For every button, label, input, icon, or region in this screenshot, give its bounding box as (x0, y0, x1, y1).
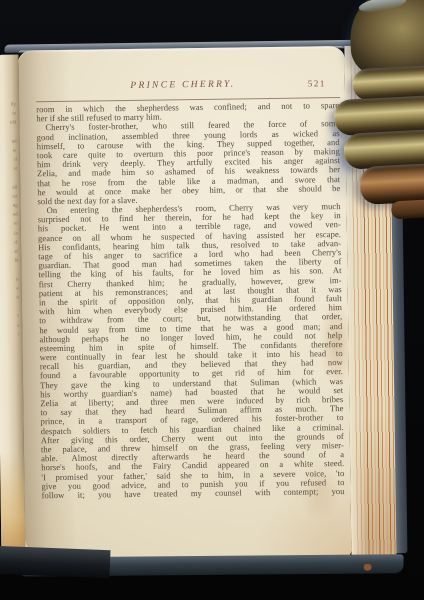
facing-page-text-fragment: in (4, 229, 18, 238)
brass-clasp-foot (391, 199, 424, 220)
facing-page-text-fragment: t (5, 330, 19, 339)
facing-page-text-fragment (4, 266, 18, 275)
facing-page-text-fragment: er (3, 146, 17, 155)
facing-page-text-fragment: all (3, 183, 17, 192)
facing-page-fragments: llytooldnderdstallrstngedtoind.erldnedrs… (2, 101, 19, 340)
text-block: room in which the shepherdess was confin… (36, 101, 344, 500)
page-title: PRINCE CHERRY. (88, 79, 278, 92)
facing-page-text-fragment: er (4, 248, 18, 257)
facing-page-text-fragment: d (5, 293, 19, 302)
facing-page-text-fragment (2, 128, 16, 137)
facing-page-text-fragment: r (5, 312, 19, 321)
facing-page-text-fragment: s (5, 321, 19, 330)
facing-page-text-fragment: to (2, 110, 16, 119)
facing-page-text-fragment: e (5, 284, 19, 293)
facing-page-text-fragment: d (3, 156, 17, 165)
book-photo: llytooldnderdstallrstngedtoind.erldnedrs… (0, 0, 424, 600)
facing-page-text-fragment (3, 174, 17, 183)
brass-clasp (324, 0, 424, 228)
book-page: PRINCE CHERRY. 521 room in which the she… (18, 46, 351, 563)
facing-page-text-fragment: ng (3, 202, 17, 211)
facing-page-text-fragment: nd (3, 137, 17, 146)
facing-page-text-fragment (5, 303, 19, 312)
facing-page-text-fragment: ed (4, 211, 18, 220)
facing-page-text-fragment: rst (3, 192, 17, 201)
facing-page-text-fragment: to (4, 220, 18, 229)
facing-page-text-fragment: n (5, 275, 19, 284)
facing-page-edge-tint (0, 450, 26, 560)
facing-page-text-fragment: old (2, 119, 16, 128)
facing-page-text-fragment: ld (4, 257, 18, 266)
running-header: PRINCE CHERRY. 521 (36, 78, 340, 95)
facing-page-text-fragment: st (3, 165, 17, 174)
brass-clasp-bar (359, 163, 424, 205)
facing-page-text-fragment: d. (4, 238, 18, 247)
facing-page-text-fragment: lly (2, 101, 16, 110)
book-cover-corner (0, 546, 110, 578)
